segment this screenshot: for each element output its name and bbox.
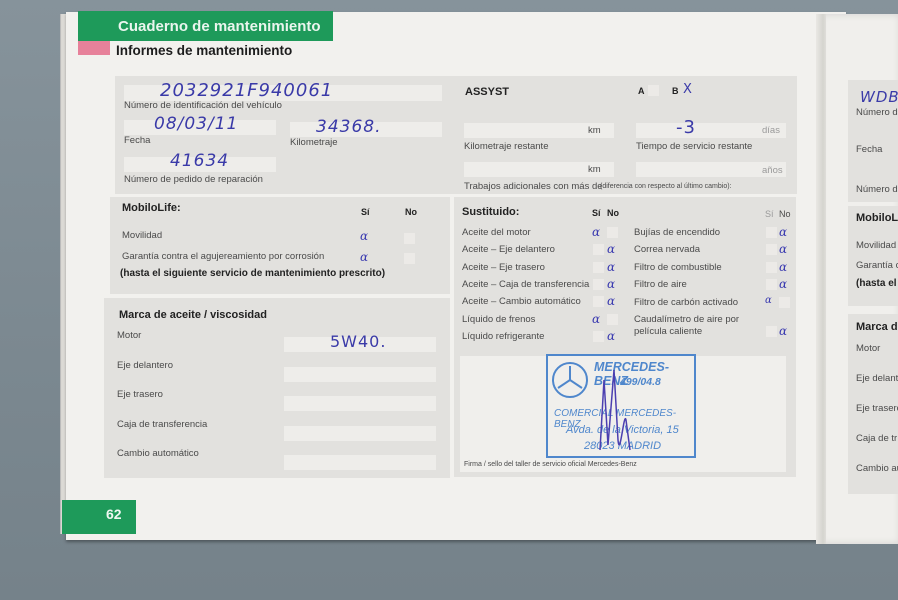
oil-row-field[interactable]	[284, 367, 436, 382]
replaced-no-mark[interactable]: α	[779, 260, 787, 274]
replaced-no-checkbox[interactable]	[607, 227, 618, 238]
assyst-title: ASSYST	[465, 86, 509, 98]
replaced-item-label: Caudalímetro de aire por película calien…	[634, 314, 754, 338]
replaced-no-checkbox[interactable]	[607, 314, 618, 325]
replaced-yes-checkbox[interactable]	[766, 244, 777, 255]
replaced-item-label: Aceite – Eje trasero	[462, 262, 545, 273]
replaced-no-mark[interactable]: α	[607, 294, 615, 308]
replaced-no-mark[interactable]: α	[607, 260, 615, 274]
remaining-time-label: Tiempo de servicio restante	[636, 141, 752, 152]
oil-row-label: Cambio automático	[117, 448, 199, 459]
oil-row-value: 5W40.	[330, 332, 386, 351]
replaced-yes-checkbox[interactable]	[593, 296, 604, 307]
replaced-yes-checkbox[interactable]	[593, 279, 604, 290]
oil-row-label: Caja de transferencia	[117, 419, 207, 430]
replaced-item-label: Correa nervada	[634, 244, 700, 255]
mobility-no-checkbox[interactable]	[404, 233, 415, 244]
assyst-b-mark: X	[683, 82, 693, 97]
replaced-no-mark[interactable]: α	[779, 242, 787, 256]
replaced-no-mark[interactable]: α	[607, 329, 615, 343]
replaced-yes-checkbox[interactable]	[766, 326, 777, 337]
extra-work-note: (diferencia con respecto al último cambi…	[600, 183, 732, 190]
oil-row-label: Eje delantero	[117, 360, 173, 371]
date-value: 08/03/11	[154, 114, 238, 134]
assyst-option-b: B	[672, 86, 679, 96]
mileage-label: Kilometraje	[290, 137, 338, 148]
corrosion-yes-mark[interactable]: α	[360, 250, 368, 264]
replaced-item-label: Aceite del motor	[462, 227, 531, 238]
oil-row-field[interactable]	[284, 426, 436, 441]
repair-order-value: 41634	[170, 151, 229, 171]
chapter-title: Cuaderno de mantenimiento	[78, 11, 333, 41]
oil-row-field[interactable]	[284, 396, 436, 411]
corrosion-no-checkbox[interactable]	[404, 253, 415, 264]
replaced-item-label: Filtro de aire	[634, 279, 687, 290]
replaced-no-mark[interactable]: α	[607, 242, 615, 256]
replaced-no-mark[interactable]: α	[607, 277, 615, 291]
replaced-yes-checkbox[interactable]	[593, 331, 604, 342]
replaced-yes-checkbox[interactable]	[766, 227, 777, 238]
replaced-item-label: Aceite – Cambio automático	[462, 296, 581, 307]
vin-label: Número de identificación del vehículo	[124, 100, 282, 111]
replaced-item-label: Líquido de frenos	[462, 314, 535, 325]
replaced-item-label: Filtro de combustible	[634, 262, 722, 273]
page-number: 62	[62, 500, 136, 534]
assyst-option-a: A	[638, 86, 645, 96]
replaced-yes-mark[interactable]: α	[592, 312, 600, 326]
mobility-yes-mark[interactable]: α	[360, 229, 368, 243]
replaced-item-label: Bujías de encendido	[634, 227, 720, 238]
remaining-time-value: -3	[676, 117, 696, 138]
oil-title: Marca de aceite / viscosidad	[119, 309, 267, 321]
replaced-no-mark[interactable]: α	[779, 225, 787, 239]
replaced-no-checkbox[interactable]	[779, 297, 790, 308]
facing-vin: WDB	[860, 88, 898, 106]
oil-row-field[interactable]	[284, 455, 436, 470]
mileage-value: 34368.	[316, 117, 381, 137]
replaced-yes-checkbox[interactable]	[593, 262, 604, 273]
replaced-yes-mark[interactable]: α	[765, 295, 772, 306]
assyst-a-checkbox[interactable]	[648, 85, 659, 96]
oil-row-label: Eje trasero	[117, 389, 163, 400]
mobilolife-note: (hasta el siguiente servicio de mantenim…	[120, 268, 385, 279]
replaced-no-mark[interactable]: α	[779, 324, 787, 338]
remaining-km-label: Kilometraje restante	[464, 141, 548, 152]
section-tab-marker	[78, 41, 110, 55]
replaced-yes-checkbox[interactable]	[593, 244, 604, 255]
replaced-title: Sustituido:	[462, 206, 519, 218]
date-label: Fecha	[124, 135, 150, 146]
mobilolife-title: MobiloLife:	[122, 202, 181, 214]
signature-scribble	[590, 350, 640, 470]
extra-work-label: Trabajos adicionales con más de	[464, 181, 603, 192]
vin-value: 2032921F940061	[160, 80, 333, 101]
replaced-no-mark[interactable]: α	[779, 277, 787, 291]
replaced-item-label: Aceite – Caja de transferencia	[462, 279, 589, 290]
corrosion-label: Garantía contra el agujereamiento por co…	[122, 251, 324, 262]
facing-page: WDB Número d Fecha Número d MobiloLi Mov…	[826, 14, 898, 544]
oil-row-label: Motor	[117, 330, 141, 341]
replaced-item-label: Filtro de carbón activado	[634, 297, 738, 308]
replaced-yes-checkbox[interactable]	[766, 279, 777, 290]
replaced-yes-mark[interactable]: α	[592, 225, 600, 239]
mercedes-star-icon	[552, 362, 588, 398]
mobility-label: Movilidad	[122, 230, 162, 241]
signature-caption: Firma / sello del taller de servicio ofi…	[464, 461, 637, 468]
replaced-item-label: Aceite – Eje delantero	[462, 244, 555, 255]
replaced-yes-checkbox[interactable]	[766, 262, 777, 273]
section-title: Informes de mantenimiento	[116, 43, 292, 58]
replaced-item-label: Líquido refrigerante	[462, 331, 544, 342]
repair-order-label: Número de pedido de reparación	[124, 174, 263, 185]
